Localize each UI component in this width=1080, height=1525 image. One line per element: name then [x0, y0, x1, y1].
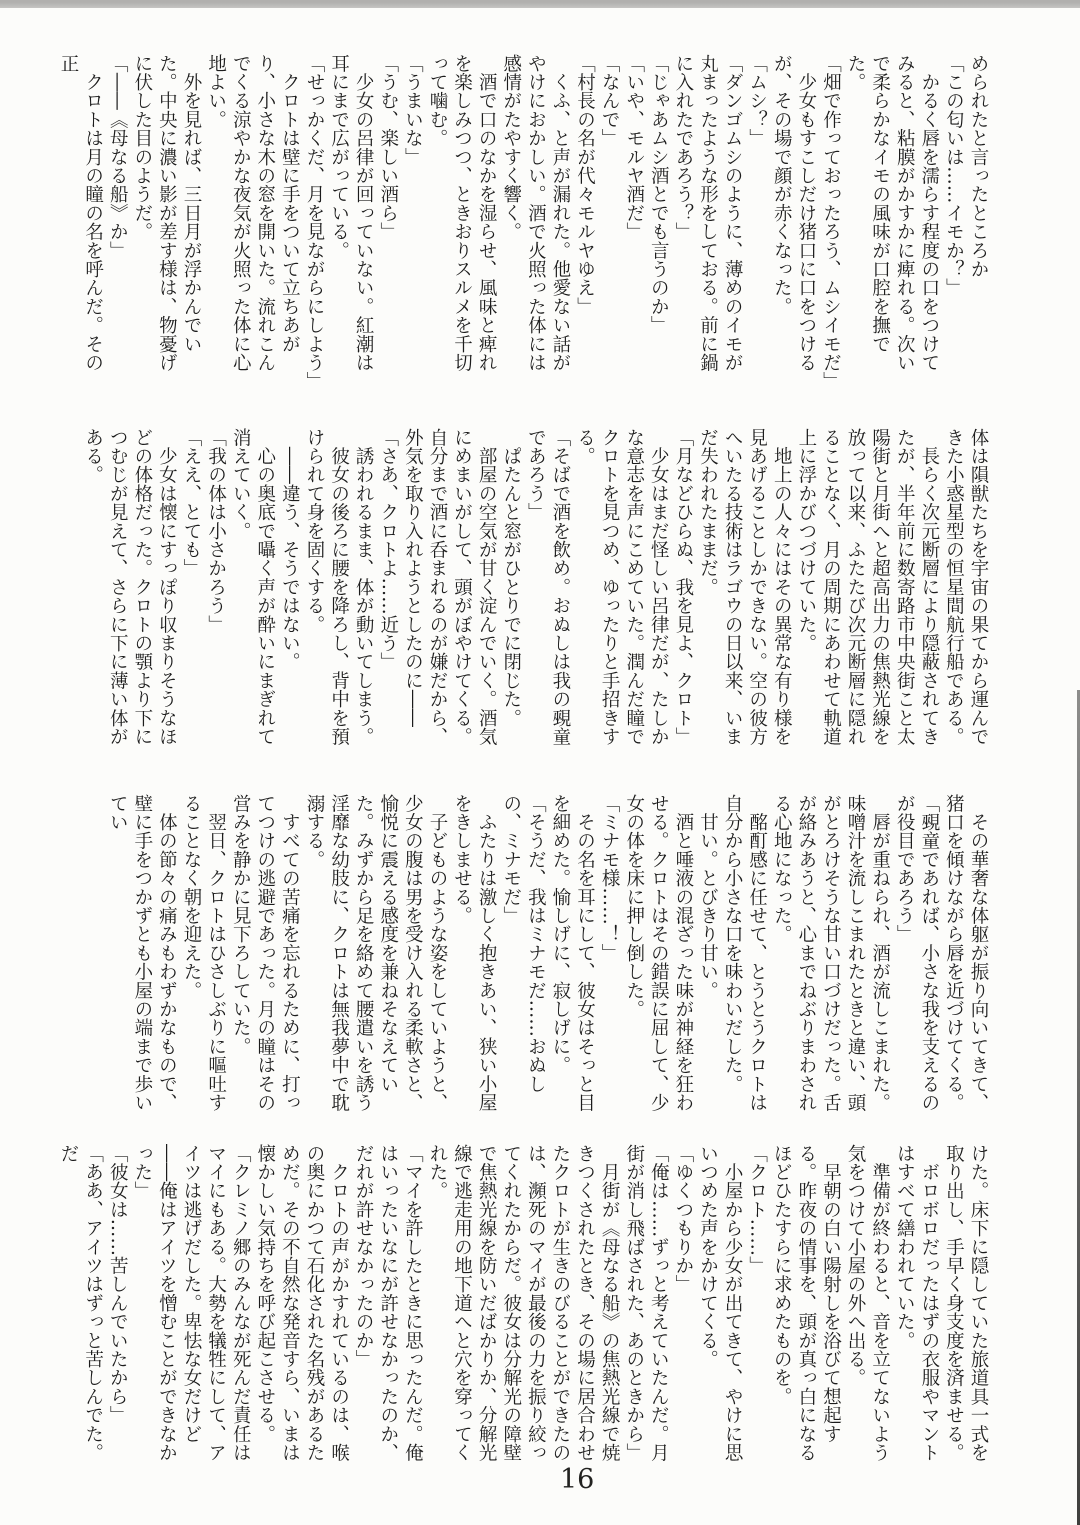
paragraph: 早朝の白い陽射しを浴びて想起する。昨夜の情事を、頭が真っ白になるほどひたすらに求…: [769, 1144, 843, 1480]
paragraph: 唇が重ねられ、酒が流しこまれた。味噌汁を流しこまれたときと違い、頭がとろけそうな…: [769, 794, 892, 1130]
paragraph: クロトは月の瞳の名を呼んだ。その正: [55, 54, 104, 390]
paragraph: 「じゃあムシ酒とでも言うのか」: [646, 54, 671, 390]
paragraph: その名を耳にして、彼女はそっと目を細めた。愉しげに、寂しげに。: [547, 794, 596, 1130]
paragraph: 「月などひらぬ、我を見よ、クロト」: [670, 428, 695, 764]
paragraph: 酒で口のなかを湿らせ、風味と痺れを楽しみつつ、ときおりスルメを千切って噛む。: [424, 54, 498, 390]
paragraph: ぱたんと窓がひとりでに閉じた。: [498, 428, 523, 764]
paragraph: 「畑で作っておったろう、ムシイモだ」: [818, 54, 843, 390]
paragraph: 「そうだ、我はミナモだ……おぬしの、ミナモだ」: [498, 794, 547, 1130]
paragraph: 「ええ、とても」: [178, 428, 203, 764]
paragraph: 「ゆくつもりか」: [670, 1144, 695, 1480]
paragraph: 「さあ、クロトよ……近う」: [375, 428, 400, 764]
paragraph: 「――《母なる船》か」: [105, 54, 130, 390]
paragraph: 少女の呂律が回っていない。紅潮は耳にまで広がっている。: [326, 54, 375, 390]
paragraph: 「覡童であれば、小さな我を支えるのが役目であろう」: [892, 794, 941, 1130]
paragraph: クロトの声がかすれているのは、喉の奥にかつて石化された名残があるためだ。その不自…: [252, 1144, 350, 1480]
paragraph: 子どものような姿をしていようと、少女の腹は男を受け入れる柔軟さと、愉悦に震える感…: [301, 794, 449, 1130]
paragraph: かるく唇を濡らす程度の口をつけてみると、粘膜がかすかに痺れる。次いで柔らかなイモ…: [842, 54, 940, 390]
paragraph: 「ダンゴムシのように、薄めのイモが丸まったような形をしておる。前に鍋に入れたであ…: [670, 54, 744, 390]
paragraph: 体の節々の痛みもわずかなもので、壁に手をつかずとも小屋の端まで歩いてい: [105, 794, 179, 1130]
paragraph: 翌日、クロトはひさしぶりに嘔吐することなく朝を迎えた。: [178, 794, 227, 1130]
paragraph: すべての苦痛を忘れるために、打ってつけの逃避であった。月の瞳はその営みを静かに見…: [228, 794, 302, 1130]
paragraph: 「なんで」: [597, 54, 622, 390]
paragraph: 「うまいな」: [400, 54, 425, 390]
paragraph: 酩酊感に任せて、とうとうクロトは自分から小さな口を味わいだした。: [719, 794, 768, 1130]
paragraph: 彼女の後ろに腰を降ろし、背中を預けられて身を固くする。: [301, 428, 350, 764]
paragraph: 誘われるまま、体が動いてしまう。: [351, 428, 376, 764]
paragraph: 長らく次元断層により隠蔽されてきたが、半年前に数寄路市中央街こと太陽街と月街へと…: [793, 428, 941, 764]
scanned-novel-page: められたと言ったところか「この匂いは……イモか？」 かるく唇を濡らす程度の口をつ…: [0, 0, 1080, 1525]
paragraph: められたと言ったところか: [965, 54, 990, 390]
paragraph: クロトは壁に手をついて立ちあがり、小さな木の窓を開いた。流れこんでくる涼やかな夜…: [203, 54, 301, 390]
paragraph: 「うむ、楽しい酒ら」: [375, 54, 400, 390]
text-block-1: められたと言ったところか「この匂いは……イモか？」 かるく唇を濡らす程度の口をつ…: [58, 54, 990, 390]
paragraph: 外を見れば、三日月が浮かんでいた。中央に濃い影が差す様は、物憂げに伏した目のよう…: [129, 54, 203, 390]
paragraph: 「クレミノ郷のみんなが死んだ責任はマイにもある。大勢を犠牲にして、アイツは逃げだ…: [129, 1144, 252, 1480]
paragraph: 少女はまだ怪しい呂律だが、たしかな意志を声にこめていた。潤んだ瞳でクロトを見つめ…: [572, 428, 670, 764]
paragraph: 「ああ、アイツはずっと苦しんでた。だ: [55, 1144, 104, 1480]
paragraph: 「クロト……」: [744, 1144, 769, 1480]
paragraph: けた。床下に隠していた旅道具一式を取り出し、手早く身支度を済ませる。: [941, 1144, 990, 1480]
text-block-4: けた。床下に隠していた旅道具一式を取り出し、手早く身支度を済ませる。 ボロボロだ…: [58, 1144, 990, 1480]
paragraph: 月街が《母なる船》の焦熱光線で焼きつくされたとき、その場に居合わせたクロトが生き…: [424, 1144, 621, 1480]
paragraph: 「彼女は……苦しんでいたから」: [105, 1144, 130, 1480]
paragraph: 少女もすこしだけ猪口に口をつけるが、その場で顔が赤くなった。: [769, 54, 818, 390]
paragraph: 「そばで酒を飲め。おぬしは我の覡童であろう」: [523, 428, 572, 764]
paragraph: 地上の人々にはその異常な有り様を見あげることしかできない。空の彼方へいたる技術は…: [695, 428, 793, 764]
paragraph: 「この匂いは……イモか？」: [941, 54, 966, 390]
paragraph: 部屋の空気が甘く淀んでいく。酒気にめまいがして、頭がぼやけてくる。自分まで酒に呑…: [400, 428, 498, 764]
scan-edge-top: [0, 0, 1080, 8]
paragraph: 準備が終わると、音を立てないよう気をつけて小屋の外へ出る。: [842, 1144, 891, 1480]
paragraph: 「村長の名が代々モルヤゆえ」: [572, 54, 597, 390]
paragraph: 甘い。とびきり甘い。: [695, 794, 720, 1130]
paragraph: 体は隕獣たちを宇宙の果てから運んできた小惑星型の恒星間航行船である。: [941, 428, 990, 764]
paragraph: 酒と唾液の混ざった味が神経を狂わせる。クロトはその錯誤に屈して、少女の体を床に押…: [621, 794, 695, 1130]
paragraph: ふたりは激しく抱きあい、狭い小屋をきしませる。: [449, 794, 498, 1130]
paragraph: 「せっかくだ、月を見ながらにしよう」: [301, 54, 326, 390]
paragraph: 「我の体は小さかろう」: [203, 428, 228, 764]
paragraph: 「マイを許したときに思ったんだ。俺はいったいなにが許せなかったのか、だれが許せな…: [351, 1144, 425, 1480]
paragraph: ――違う、そうではない。: [277, 428, 302, 764]
paragraph: 「ムシ？」: [744, 54, 769, 390]
paragraph: くふ、と声が漏れた。他愛ない話がやけにおかしい。酒で火照った体には感情がたやすく…: [498, 54, 572, 390]
page-number: 16: [560, 1464, 594, 1495]
paragraph: ボロボロだったはずの衣服やマントはすべて繕われていた。: [892, 1144, 941, 1480]
text-block-3: その華奢な体躯が振り向いてきて、猪口を傾けながら唇を近づけてくる。「覡童であれば…: [58, 794, 990, 1130]
paragraph: 「ミナモ様……！」: [597, 794, 622, 1130]
paragraph: 「いや、モルヤ酒だ」: [621, 54, 646, 390]
text-block-2: 体は隕獣たちを宇宙の果てから運んできた小惑星型の恒星間航行船である。 長らく次元…: [58, 428, 990, 764]
paragraph: その華奢な体躯が振り向いてきて、猪口を傾けながら唇を近づけてくる。: [941, 794, 990, 1130]
paragraph: 「俺は……ずっと考えていたんだ。月街が消し飛ばされた、あのときから」: [621, 1144, 670, 1480]
paragraph: 小屋から少女が出てきて、やけに思いつめた声をかけてくる。: [695, 1144, 744, 1480]
paragraph: 心の奥底で囁く声が酔いにまぎれて消えていく。: [228, 428, 277, 764]
paragraph: 少女は懐にすっぽり収まりそうなほどの体格だった。クロトの顎より下につむじが見えて…: [80, 428, 178, 764]
